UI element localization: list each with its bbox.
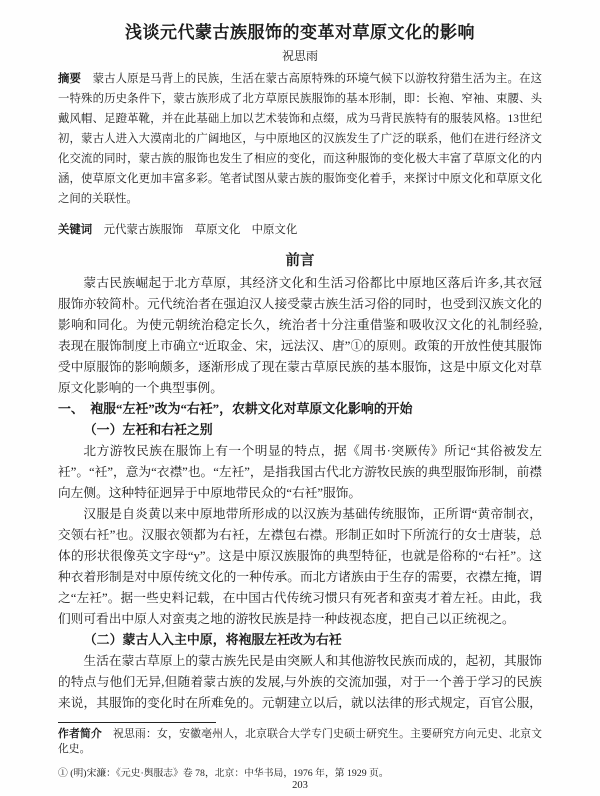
page-title: 浅谈元代蒙古族服饰的变革对草原文化的影响: [58, 22, 542, 44]
footnote-area: 作者简介 祝思雨：女，安徽亳州人，北京联合大学专门史硕士研究生。主要研究方向元史…: [58, 717, 542, 796]
author-bio-label: 作者简介: [58, 728, 102, 740]
paragraph-intro: 蒙古民族崛起于北方草原，其经济文化和生活习俗都比中原地区落后许多,其衣冠服饰亦较…: [58, 273, 542, 399]
footnote-separator: [58, 722, 216, 723]
paragraph-zuoren-youren: 北方游牧民族在服饰上有一个明显的特点，据《周书·突厥传》所记“其俗被发左衽”。“…: [58, 441, 542, 504]
keywords-label: 关键词: [58, 224, 92, 236]
abstract-text: 蒙古人原是马背上的民族，生活在蒙古高原特殊的环境气候下以游牧狩猎生活为主。在这一…: [58, 73, 542, 205]
paper-page: 浅谈元代蒙古族服饰的变革对草原文化的影响 祝思雨 摘要 蒙古人原是马背上的民族，…: [0, 0, 600, 796]
abstract-section: 摘要 蒙古人原是马背上的民族，生活在蒙古高原特殊的环境气候下以游牧狩猎生活为主。…: [58, 69, 542, 209]
abstract-label: 摘要: [58, 73, 81, 85]
subsection-heading-1-1: （一）左衽和右衽之别: [58, 420, 542, 441]
preface-heading: 前言: [58, 252, 542, 271]
paragraph-hanfu: 汉服是自炎黄以来中原地带所形成的以汉族为基础传统服饰，正所谓“黄帝制衣，交领右衽…: [58, 504, 542, 630]
footnote-author-bio: 作者简介 祝思雨：女，安徽亳州人，北京联合大学专门史硕士研究生。主要研究方向元史…: [58, 727, 542, 756]
keywords-text: 元代蒙古族服饰 草原文化 中原文化: [92, 224, 297, 236]
section-heading-1: 一、 袍服“左衽”改为“右衽”，农耕文化对草原文化影响的开始: [58, 399, 542, 420]
author-bio-text: 祝思雨：女，安徽亳州人，北京联合大学专门史硕士研究生。主要研究方向元史、北京文化…: [58, 728, 542, 755]
page-content: 浅谈元代蒙古族服饰的变革对草原文化的影响 祝思雨 摘要 蒙古人原是马背上的民族，…: [0, 0, 600, 735]
page-number: 203: [58, 780, 542, 791]
footnote-citation: ① (明)宋濂：《元史·舆服志》卷 78，北京：中华书局，1976 年，第 19…: [58, 767, 542, 780]
author-name: 祝思雨: [58, 49, 542, 64]
keywords-line: 关键词 元代蒙古族服饰 草原文化 中原文化: [58, 220, 542, 240]
subsection-heading-1-2: （二）蒙古人入主中原，将袍服左衽改为右衽: [58, 630, 542, 651]
